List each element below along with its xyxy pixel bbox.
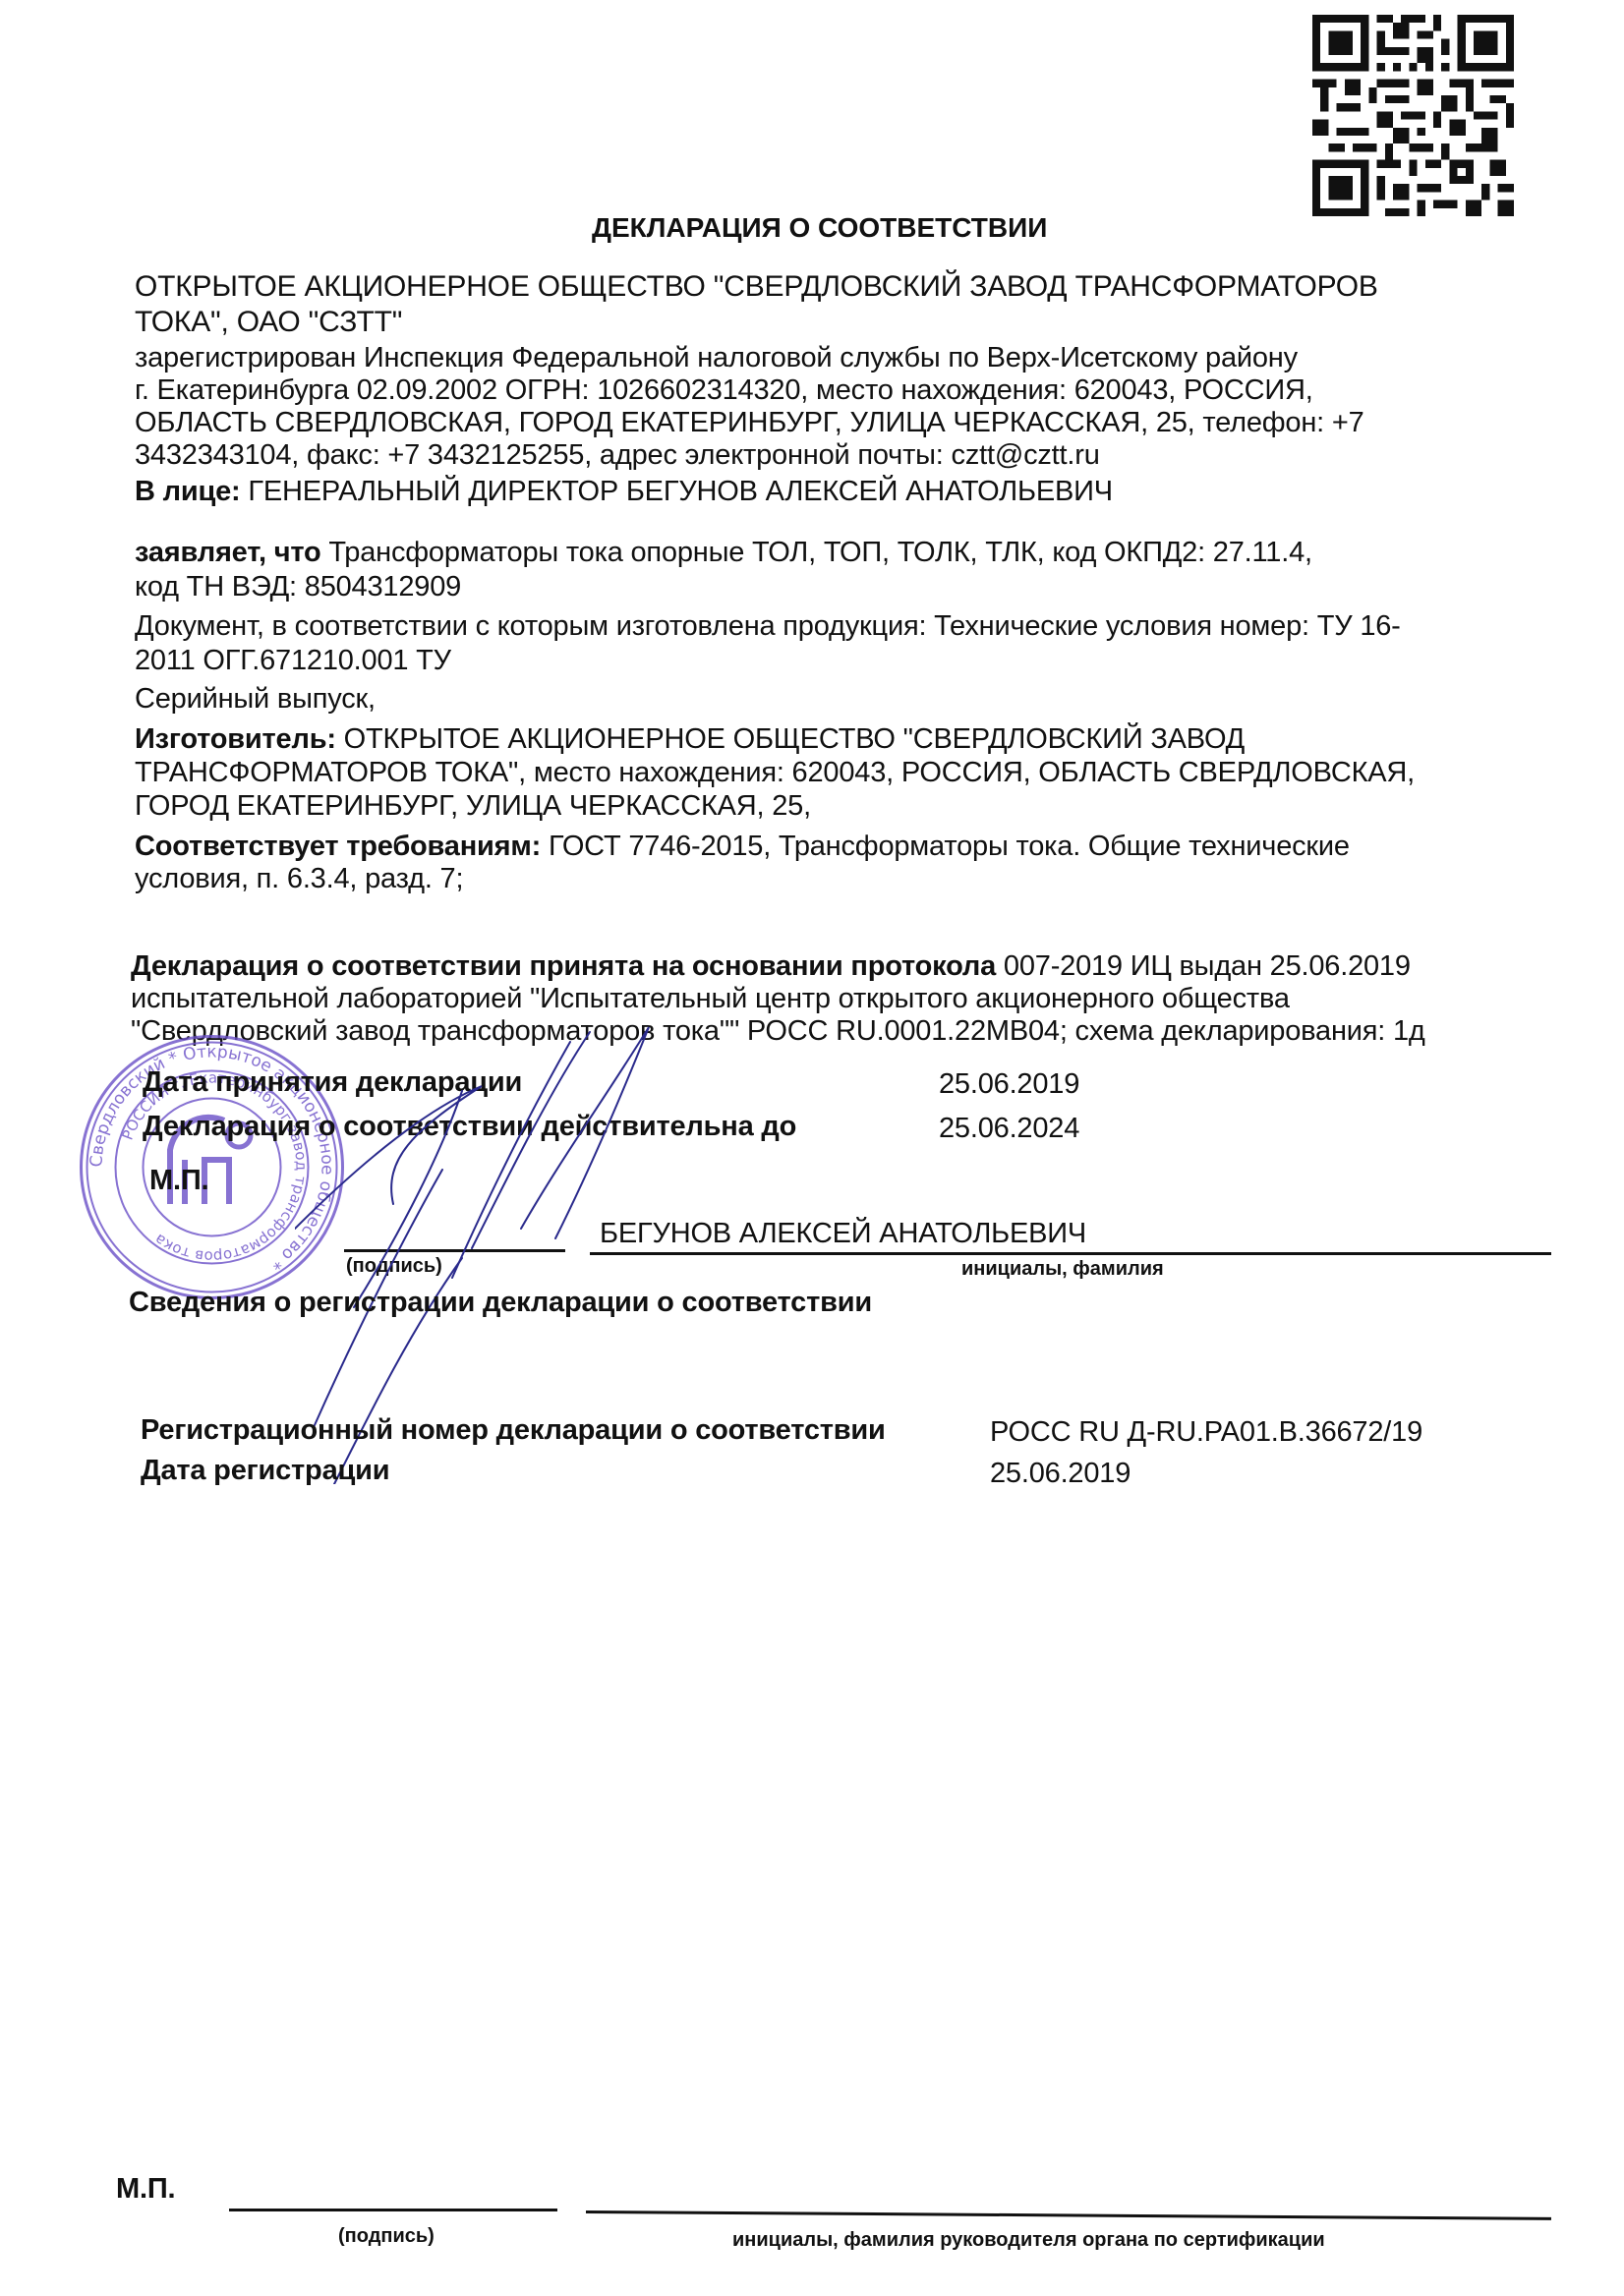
manufacturer-line2: ТРАНСФОРМАТОРОВ ТОКА", место нахождения:… bbox=[135, 756, 1415, 789]
applicant-reg-line1: зарегистрирован Инспекция Федеральной на… bbox=[135, 341, 1298, 374]
manufacturer-label: Изготовитель: bbox=[135, 723, 336, 755]
footer-name-line bbox=[586, 2210, 1551, 2220]
requirements-line2: условия, п. 6.3.4, разд. 7; bbox=[135, 862, 463, 895]
accepted-date-value: 25.06.2019 bbox=[939, 1067, 1079, 1101]
applicant-name-line1: ОТКРЫТОЕ АКЦИОНЕРНОЕ ОБЩЕСТВО "СВЕРДЛОВС… bbox=[135, 270, 1378, 304]
declares-line2: код ТН ВЭД: 8504312909 bbox=[135, 570, 461, 603]
manufacturer-line1: Изготовитель: ОТКРЫТОЕ АКЦИОНЕРНОЕ ОБЩЕС… bbox=[135, 722, 1245, 756]
serial-production: Серийный выпуск, bbox=[135, 682, 376, 716]
applicant-reg-line4: 3432343104, факс: +7 3432125255, адрес э… bbox=[135, 438, 1100, 472]
footer-signature-caption: (подпись) bbox=[338, 2225, 435, 2248]
represented-label: В лице: bbox=[135, 476, 240, 507]
applicant-reg-line2: г. Екатеринбурга 02.09.2002 ОГРН: 102660… bbox=[135, 373, 1313, 407]
represented-value: ГЕНЕРАЛЬНЫЙ ДИРЕКТОР БЕГУНОВ АЛЕКСЕЙ АНА… bbox=[248, 476, 1113, 507]
footer-stamp-place-label: М.П. bbox=[116, 2172, 175, 2206]
requirements-value: ГОСТ 7746-2015, Трансформаторы тока. Общ… bbox=[549, 831, 1350, 862]
basis-line1: Декларация о соответствии принята на осн… bbox=[131, 949, 1411, 983]
declares-value: Трансформаторы тока опорные ТОЛ, ТОП, ТО… bbox=[328, 537, 1311, 568]
applicant-reg-line3: ОБЛАСТЬ СВЕРДЛОВСКАЯ, ГОРОД ЕКАТЕРИНБУРГ… bbox=[135, 406, 1364, 439]
registration-number-label: Регистрационный номер декларации о соотв… bbox=[141, 1413, 886, 1447]
footer-signature-line bbox=[229, 2209, 557, 2211]
footer-name-caption: инициалы, фамилия руководителя органа по… bbox=[732, 2229, 1325, 2252]
requirements-label: Соответствует требованиям: bbox=[135, 831, 541, 862]
basis-line2: испытательной лабораторией "Испытательны… bbox=[131, 982, 1290, 1015]
manufacturer-value: ОТКРЫТОЕ АКЦИОНЕРНОЕ ОБЩЕСТВО "СВЕРДЛОВС… bbox=[344, 723, 1246, 755]
requirements-line1: Соответствует требованиям: ГОСТ 7746-201… bbox=[135, 830, 1350, 863]
qr-code-icon bbox=[1312, 15, 1514, 216]
manufacturer-line3: ГОРОД ЕКАТЕРИНБУРГ, УЛИЦА ЧЕРКАССКАЯ, 25… bbox=[135, 789, 811, 823]
registration-number-value: РОСС RU Д-RU.PA01.B.36672/19 bbox=[990, 1415, 1422, 1449]
stamp-place-label: М.П. bbox=[149, 1164, 208, 1197]
represented-by: В лице: ГЕНЕРАЛЬНЫЙ ДИРЕКТОР БЕГУНОВ АЛЕ… bbox=[135, 475, 1113, 508]
name-caption: инициалы, фамилия bbox=[961, 1258, 1164, 1281]
basis-protocol: 007-2019 ИЦ выдан 25.06.2019 bbox=[1004, 950, 1411, 982]
doc-line2: 2011 ОГГ.671210.001 ТУ bbox=[135, 644, 451, 677]
basis-label: Декларация о соответствии принята на осн… bbox=[131, 950, 996, 982]
declares-line1: заявляет, что Трансформаторы тока опорны… bbox=[135, 536, 1312, 569]
doc-line1: Документ, в соответствии с которым изгот… bbox=[135, 609, 1401, 643]
registration-date-label: Дата регистрации bbox=[141, 1454, 389, 1487]
declares-label: заявляет, что bbox=[135, 537, 321, 568]
valid-until-value: 25.06.2024 bbox=[939, 1112, 1079, 1145]
registration-heading: Сведения о регистрации декларации о соот… bbox=[129, 1286, 872, 1319]
applicant-name-line2: ТОКА", ОАО "СЗТТ" bbox=[135, 306, 402, 339]
document-title: ДЕКЛАРАЦИЯ О СООТВЕТСТВИИ bbox=[592, 212, 1047, 244]
registration-date-value: 25.06.2019 bbox=[990, 1457, 1131, 1490]
